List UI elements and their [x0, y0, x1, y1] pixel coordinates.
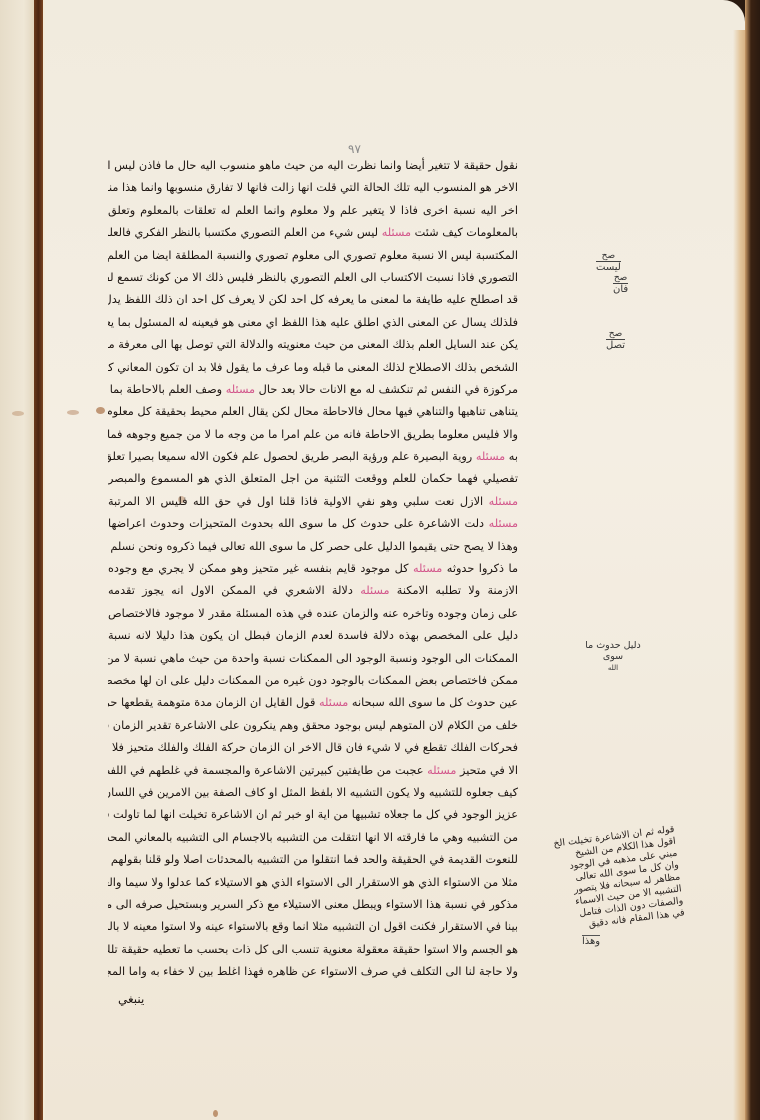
text-line: خلف من الكلام لان المتوهم ليس بوجود محقق… — [108, 715, 518, 737]
text-line: يكن عند السايل العلم بذلك المعنى من حيث … — [108, 334, 518, 356]
text-segment: كل موجود قايم بنفسه غير متحيز وهو ممكن ل… — [108, 562, 413, 575]
margin-correction: صح تصل — [606, 330, 625, 351]
text-line: الا في متحيز مسئله عجبت من طايفتين كبيرت… — [108, 760, 518, 782]
text-line: المكتسبة ليس الا نسبة معلوم تصوري الى مع… — [108, 245, 518, 267]
long-marginal-commentary: قوله ثم ان الاشاعرة تخيلت الخاقول هذا ال… — [535, 824, 686, 936]
text-segment: عين حدوث كل ما سوى الله سبحانه — [348, 696, 518, 709]
text-segment: دلالة الاشعري في الممكن الاول انه يجوز ت… — [108, 584, 360, 597]
text-segment: فحركات الفلك تقطع في لا شيء فان قال الاخ… — [108, 741, 518, 754]
text-line: فلذلك يسال عن المعنى الذي اطلق عليه هذا … — [108, 312, 518, 334]
text-segment: المكتسبة ليس الا نسبة معلوم تصوري الى مع… — [108, 249, 518, 262]
page-edge-shadow — [733, 30, 745, 1120]
text-line: ممكن فاختصاص بعض الممكنات بالوجود دون غي… — [108, 670, 518, 692]
text-segment: ليس شيء من العلم التصوري مكتسبا بالنظر ا… — [108, 226, 382, 239]
text-line: الازمنة ولا تطلبه الامكنة مسئله دلالة ال… — [108, 580, 518, 602]
book-gutter — [34, 0, 43, 1120]
text-segment: هو الجسم والا استوا حقيقة معقولة معنوية … — [108, 943, 518, 956]
text-segment: خلف من الكلام لان المتوهم ليس بوجود محقق… — [108, 719, 518, 732]
text-line: التصوري فاذا نسبت الاكتساب الى العلم الت… — [108, 267, 518, 289]
text-segment: دلت الاشاعرة على حدوث كل ما سوى الله بحد… — [108, 517, 489, 530]
text-segment: اخر اليه نسبة اخرى فاذا لا يتغير علم ولا… — [108, 204, 518, 217]
text-segment: وهذا لا يصح حتى يقيموا الدليل على حصر كل… — [108, 540, 518, 553]
text-segment: التصوري فاذا نسبت الاكتساب الى العلم الت… — [108, 271, 518, 284]
text-line: الممكنات الى الوجود ونسبة الوجود الى الم… — [108, 648, 518, 670]
text-segment: بينا في الاستقرار فكنت اقول ان التشبيه م… — [108, 920, 518, 933]
text-line: يتناهى تناهيها والتناهي فيها محال فالاحا… — [108, 401, 518, 423]
sahh-mark: صح — [606, 330, 625, 340]
rubric-word: مسئله — [226, 383, 255, 396]
text-line: ولا حاجة لنا الى التكلف في صرف الاستواء … — [108, 961, 518, 983]
text-line: مركوزة في النفس ثم تنكشف له مع الانات حا… — [108, 379, 518, 401]
text-segment: ما ذكروا حدوثه — [442, 562, 518, 575]
text-segment: من التشبيه وهي ما فارقته الا انها انتقلت… — [108, 831, 518, 844]
text-line: بالمعلومات كيف شئت مسئله ليس شيء من العل… — [108, 222, 518, 244]
rubric-word: مسئله — [382, 226, 411, 239]
margin-note-text: ليست — [596, 262, 621, 273]
margin-note-text: دليل حدوث ما سوى — [585, 640, 641, 662]
text-line: دليل على المخصص بهذه دلالة فاسدة لعدم ال… — [108, 625, 518, 647]
text-segment: ممكن فاختصاص بعض الممكنات بالوجود دون غي… — [108, 674, 518, 687]
text-segment: الازل نعت سلبي وهو نفي الاولية فاذا قلنا… — [108, 495, 489, 508]
text-line: الشخص بذلك الاصطلاح لذلك المعنى ما قبله … — [108, 357, 518, 379]
text-segment: على زمان وجوده وتاخره عنه والزمان عنده ف… — [108, 607, 518, 620]
text-segment: قول القايل ان الزمان مدة متوهمة يقطعها ح… — [108, 696, 319, 709]
rubric-word: مسئله — [413, 562, 442, 575]
main-text-block: نقول حقيقة لا تتغير أيضا وانما نظرت اليه… — [108, 155, 518, 983]
margin-correction: صح فان — [613, 274, 628, 295]
text-line: مسئله الازل نعت سلبي وهو نفي الاولية فاذ… — [108, 491, 518, 513]
text-segment: يكن عند السايل العلم بذلك المعنى من حيث … — [108, 338, 518, 351]
text-segment: الشخص بذلك الاصطلاح لذلك المعنى ما قبله … — [108, 361, 518, 374]
text-line: نقول حقيقة لا تتغير أيضا وانما نظرت اليه… — [108, 155, 518, 177]
text-segment: كيف جعلوه للتشبيه ولا يكون التشبيه الا ب… — [108, 786, 518, 799]
text-segment: والا فليس معلوما بطريق الاحاطة فانه من ع… — [108, 428, 518, 441]
text-segment: مذكور في نسبة هذا الاستواء ويبطل معنى ال… — [108, 898, 518, 911]
text-segment: تفصيلي فهما حكمان للعلم ووقعت التثنية من… — [108, 472, 518, 485]
sahh-mark: صح — [596, 252, 621, 262]
text-line: والا فليس معلوما بطريق الاحاطة فانه من ع… — [108, 424, 518, 446]
text-line: فحركات الفلك تقطع في لا شيء فان قال الاخ… — [108, 737, 518, 759]
text-line: مثلا من الاستواء الذي هو الاستقرار الى ا… — [108, 872, 518, 894]
text-segment: مثلا من الاستواء الذي هو الاستقرار الى ا… — [108, 876, 518, 889]
text-line: اخر اليه نسبة اخرى فاذا لا يتغير علم ولا… — [108, 200, 518, 222]
facing-page-edge — [0, 0, 34, 1120]
text-segment: ولا حاجة لنا الى التكلف في صرف الاستواء … — [108, 965, 518, 978]
text-segment: قد اصطلح عليه طايفة ما لمعنى ما يعرفه كل… — [108, 293, 518, 306]
commentary-closing: وهذا — [582, 935, 600, 947]
text-segment: دليل على المخصص بهذه دلالة فاسدة لعدم ال… — [108, 629, 518, 642]
ink-stain — [96, 407, 105, 414]
text-line: هو الجسم والا استوا حقيقة معقولة معنوية … — [108, 939, 518, 961]
text-segment: به — [505, 450, 518, 463]
text-line: الاخر هو المنسوب اليه تلك الحالة التي قل… — [108, 177, 518, 199]
text-line: مسئله دلت الاشاعرة على حدوث كل ما سوى ال… — [108, 513, 518, 535]
text-line: به مسئله روية البصيرة علم ورؤية البصر طر… — [108, 446, 518, 468]
text-line: على زمان وجوده وتاخره عنه والزمان عنده ف… — [108, 603, 518, 625]
text-segment: روية البصيرة علم ورؤية البصر طريق لحصول … — [108, 450, 476, 463]
text-line: من التشبيه وهي ما فارقته الا انها انتقلت… — [108, 827, 518, 849]
rubric-word: مسئله — [319, 696, 348, 709]
rubric-word: مسئله — [427, 764, 456, 777]
text-segment: الازمنة ولا تطلبه الامكنة — [390, 584, 518, 597]
catchword: ينبغي — [118, 992, 144, 1006]
background-right — [745, 0, 760, 1120]
text-segment: يتناهى تناهيها والتناهي فيها محال فالاحا… — [108, 405, 518, 418]
rubric-word: مسئله — [489, 495, 518, 508]
margin-gloss: دليل حدوث ما سوى الله — [578, 640, 648, 674]
margin-correction: صح ليست — [596, 252, 621, 273]
ink-stain — [12, 411, 24, 416]
margin-note-text: فان — [613, 284, 628, 295]
text-line: بينا في الاستقرار فكنت اقول ان التشبيه م… — [108, 916, 518, 938]
ink-stain — [67, 410, 79, 415]
ink-stain — [213, 1110, 218, 1117]
text-line: قد اصطلح عليه طايفة ما لمعنى ما يعرفه كل… — [108, 289, 518, 311]
margin-note-sub: الله — [608, 664, 618, 672]
text-line: تفصيلي فهما حكمان للعلم ووقعت التثنية من… — [108, 468, 518, 490]
text-line: عين حدوث كل ما سوى الله سبحانه مسئله قول… — [108, 692, 518, 714]
text-segment: بالمعلومات كيف شئت — [411, 226, 518, 239]
text-line: عزيز الوجود في كل ما جعلاه تشبيها من اية… — [108, 804, 518, 826]
rubric-word: مسئله — [360, 584, 389, 597]
text-segment: الاخر هو المنسوب اليه تلك الحالة التي قل… — [108, 181, 518, 194]
margin-note-text: تصل — [606, 340, 625, 351]
text-line: وهذا لا يصح حتى يقيموا الدليل على حصر كل… — [108, 536, 518, 558]
rubric-word: مسئله — [476, 450, 505, 463]
text-segment: مركوزة في النفس ثم تنكشف له مع الانات حا… — [255, 383, 518, 396]
text-segment: الممكنات الى الوجود ونسبة الوجود الى الم… — [108, 652, 518, 665]
text-segment: للنعوت القديمة في الحقيقة والحد فما انتق… — [108, 853, 518, 866]
sahh-mark: صح — [613, 274, 628, 284]
text-segment: وصف العلم بالاحاطة بما لا — [108, 383, 226, 396]
text-line: مذكور في نسبة هذا الاستواء ويبطل معنى ال… — [108, 894, 518, 916]
text-segment: نقول حقيقة لا تتغير أيضا وانما نظرت اليه… — [108, 159, 518, 172]
text-line: كيف جعلوه للتشبيه ولا يكون التشبيه الا ب… — [108, 782, 518, 804]
text-line: للنعوت القديمة في الحقيقة والحد فما انتق… — [108, 849, 518, 871]
text-segment: فلذلك يسال عن المعنى الذي اطلق عليه هذا … — [108, 316, 518, 329]
folio-number: ٩٧ — [348, 142, 361, 156]
text-segment: عزيز الوجود في كل ما جعلاه تشبيها من اية… — [108, 808, 518, 821]
text-segment: الا في متحيز — [456, 764, 518, 777]
rubric-word: مسئله — [489, 517, 518, 530]
text-line: ما ذكروا حدوثه مسئله كل موجود قايم بنفسه… — [108, 558, 518, 580]
text-segment: عجبت من طايفتين كبيرتين الاشاعرة والمجسم… — [108, 764, 427, 777]
